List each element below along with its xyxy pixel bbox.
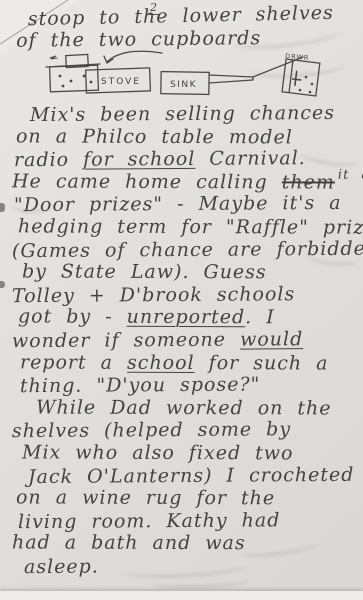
handwriting-line: Mix who also fixed two [0,442,363,466]
sink-label: SINK [170,80,197,90]
handwriting-text: He came home calling [12,170,282,193]
handwriting-text: hedging term for "Raffle" prize. [18,215,363,238]
handwriting-line: radio for school Carnival. [0,148,363,173]
handwriting-text: radio [14,149,83,171]
drawer-dots [299,76,314,94]
cupboard-dots [59,75,93,88]
handwriting-line: by State Law). Guess [0,262,363,286]
handwriting-text: While Dad worked on the [36,396,332,419]
drawer-label: DRWR [285,52,310,62]
handwriting-text: had a bath and was [12,532,246,555]
handwriting-line: asleep. [0,555,363,580]
handwriting-line: had a bath and was [0,533,363,557]
handwriting-text: stoop to the lower shelves [28,2,334,30]
handwriting-text: got by - [18,306,127,328]
stove-label: STOVE [101,77,141,87]
handwriting-text: (Games of chance are forbidden [12,237,363,262]
struck-word: them [282,171,335,193]
kitchen-sketch-drawing: STOVE SINK DRWR [0,50,363,106]
handwriting-text: of the two cupboards [16,27,261,52]
handwriting-line: "Door prizes" - Maybe it's a [0,193,363,218]
handwriting-text: Carnival. [195,147,306,170]
handwriting-text: for school [83,148,195,171]
handwriting-text: thing. "D'you spose?" [20,374,261,398]
handwriting-text: "Door prizes" - Maybe it's a [14,192,342,216]
handwriting-line: Mix's been selling chances [0,103,363,128]
handwriting-text: Mix who also fixed two [22,441,294,464]
body-lines: Mix's been selling chanceson a Philco ta… [0,104,363,578]
cupboard-box-left [46,54,100,91]
handwriting-text: school [127,351,195,373]
handwriting-line: hedging term for "Raffle" prize. [0,216,363,240]
page-bottom-edge [0,591,363,600]
handwriting-text: on a Philco table model [16,125,293,148]
handwriting-text: Tolley + D'brook schools [12,283,295,307]
handwriting-text: unreported [127,306,246,328]
arrow-to-stove [104,51,162,63]
handwriting-line: on a Philco table model [0,126,363,150]
handwriting-line: shelves (helped some by [0,419,363,444]
handwriting-line: wonder if someone would [0,329,363,354]
handwriting-line: on a wine rug for the [0,487,363,511]
opening-lines: stoop to the lower shelvesof the two cup… [0,3,363,53]
handwriting-line: While Dad worked on the [0,397,363,421]
handwriting-line: report a school for such a [0,352,363,376]
handwriting-text: wonder if someone [12,329,240,353]
handwriting-text: for such a [195,352,329,374]
handwriting-text: asleep. [24,555,99,578]
handwriting-line: got by - unreported. I [0,307,363,331]
inserted-text: it a [338,164,363,185]
handwriting-text: report a [20,351,127,373]
handwriting-text: would [240,328,303,350]
kitchen-layout-sketch: STOVE SINK DRWR [0,50,363,106]
handwriting-line: thing. "D'you spose?" [0,374,363,399]
handwriting-text: Mix's been selling chances [30,102,335,126]
handwriting-text: . I [245,307,275,329]
handwriting-text: by State Law). Guess [22,261,267,284]
handwriting-text: Jack O'Lanterns) I crocheted [28,463,355,487]
handwriting-text: living room. Kathy had [18,509,281,533]
handwriting-text: shelves (helped some by [12,419,291,443]
handwritten-letter-page: 2 stoop to the lower shelvesof the two c… [0,0,363,600]
handwriting-text: on a wine rug for the [16,487,275,510]
